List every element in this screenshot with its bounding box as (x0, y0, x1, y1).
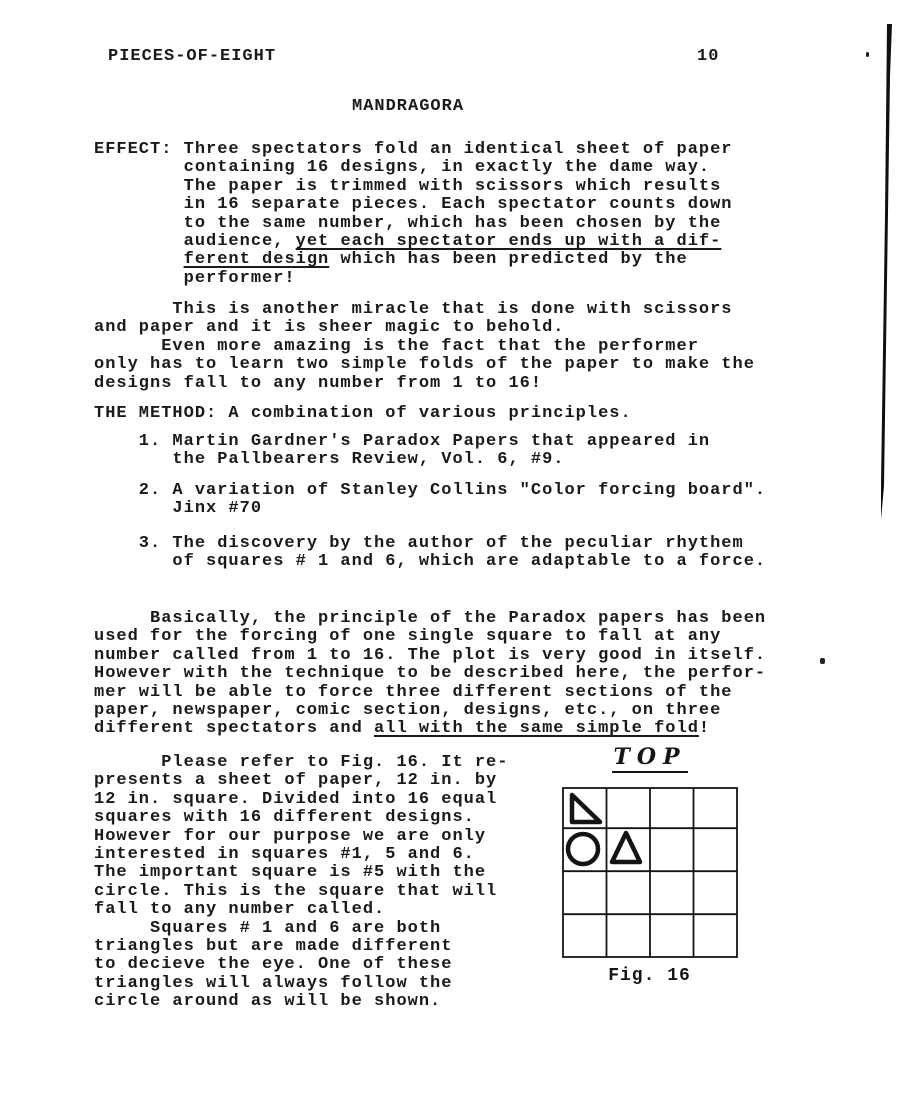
effect-underlined-phrase-1: yet each spectator ends up with a dif- (296, 232, 722, 251)
basically-underlined-phrase: all with the same simple fold (374, 719, 699, 738)
principle-item-1: 1. Martin Gardner's Paradox Papers that … (94, 433, 710, 470)
effect-linebreak (94, 250, 184, 269)
right-triangle-symbol (572, 795, 600, 822)
ink-speck (866, 52, 869, 57)
effect-underlined-phrase-2: ferent design (184, 250, 330, 269)
figure-top-label: TOP (612, 744, 688, 773)
figure-grid (560, 785, 740, 960)
basically-paragraph: Basically, the principle of the Paradox … (94, 610, 766, 739)
circle-symbol (568, 834, 598, 864)
scan-artifact-line (874, 16, 898, 536)
method-heading: THE METHOD: A combination of various pri… (94, 405, 632, 423)
figure-caption: Fig. 16 (558, 966, 741, 986)
ink-dot (820, 658, 825, 664)
left-column-paragraph: Please refer to Fig. 16. It re- presents… (94, 754, 508, 1012)
principle-item-3: 3. The discovery by the author of the pe… (94, 535, 766, 572)
effect-paragraph: EFFECT: Three spectators fold an identic… (94, 141, 733, 288)
principle-item-2: 2. A variation of Stanley Collins "Color… (94, 482, 766, 519)
page-number: 10 (697, 48, 719, 66)
triangle-symbol (612, 833, 640, 862)
document-title: MANDRAGORA (352, 98, 464, 116)
intro-paragraph: This is another miracle that is done wit… (94, 301, 755, 393)
book-title: PIECES-OF-EIGHT (108, 48, 276, 66)
basically-tail: ! (699, 719, 710, 738)
scanned-document-page: PIECES-OF-EIGHT 10 MANDRAGORA EFFECT: Th… (0, 0, 911, 1116)
